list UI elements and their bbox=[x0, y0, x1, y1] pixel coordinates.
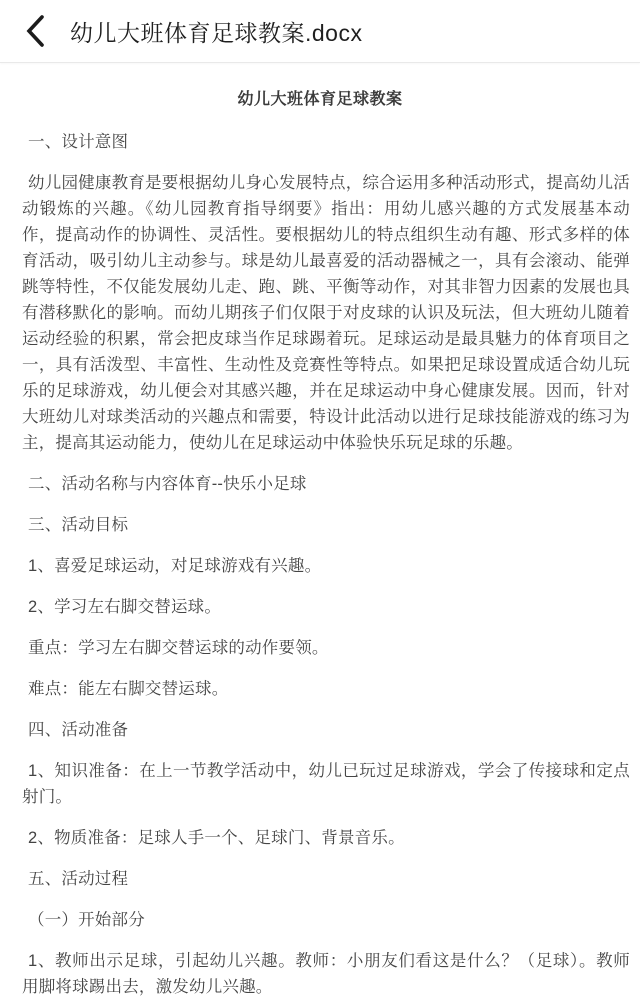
doc-paragraph: 1、教师出示足球，引起幼儿兴趣。教师：小朋友们看这是什么？（足球）。教师用脚将球… bbox=[22, 948, 630, 1000]
document-title: 幼儿大班体育足球教案 bbox=[22, 89, 618, 111]
doc-paragraph: 1、知识准备：在上一节教学活动中，幼儿已玩过足球游戏，学会了传接球和定点射门。 bbox=[22, 758, 630, 810]
doc-paragraph: 二、活动名称与内容体育--快乐小足球 bbox=[22, 471, 630, 497]
doc-paragraph: 重点：学习左右脚交替运球的动作要领。 bbox=[22, 635, 630, 661]
doc-paragraph: 一、设计意图 bbox=[22, 129, 630, 155]
document-viewer-app: 幼儿大班体育足球教案.docx 幼儿大班体育足球教案 一、设计意图幼儿园健康教育… bbox=[0, 0, 640, 1006]
doc-paragraph: 五、活动过程 bbox=[22, 866, 630, 892]
doc-paragraph: （一）开始部分 bbox=[22, 907, 630, 933]
doc-paragraph: 2、学习左右脚交替运球。 bbox=[22, 594, 630, 620]
document-scroll-area[interactable]: 幼儿大班体育足球教案 一、设计意图幼儿园健康教育是要根据幼儿身心发展特点，综合运… bbox=[0, 63, 640, 1006]
doc-paragraph: 2、物质准备：足球人手一个、足球门、背景音乐。 bbox=[22, 825, 630, 851]
back-button[interactable] bbox=[24, 11, 60, 51]
doc-paragraph: 幼儿园健康教育是要根据幼儿身心发展特点，综合运用多种活动形式，提高幼儿活动锻炼的… bbox=[22, 170, 630, 456]
doc-paragraph: 三、活动目标 bbox=[22, 512, 630, 538]
doc-paragraph: 难点：能左右脚交替运球。 bbox=[22, 676, 630, 702]
doc-paragraph: 1、喜爱足球运动，对足球游戏有兴趣。 bbox=[22, 553, 630, 579]
doc-paragraph: 四、活动准备 bbox=[22, 717, 630, 743]
file-title: 幼儿大班体育足球教案.docx bbox=[70, 15, 362, 48]
chevron-left-icon bbox=[24, 14, 46, 48]
doc-paragraphs: 一、设计意图幼儿园健康教育是要根据幼儿身心发展特点，综合运用多种活动形式，提高幼… bbox=[22, 129, 630, 1000]
top-bar: 幼儿大班体育足球教案.docx bbox=[0, 0, 640, 63]
